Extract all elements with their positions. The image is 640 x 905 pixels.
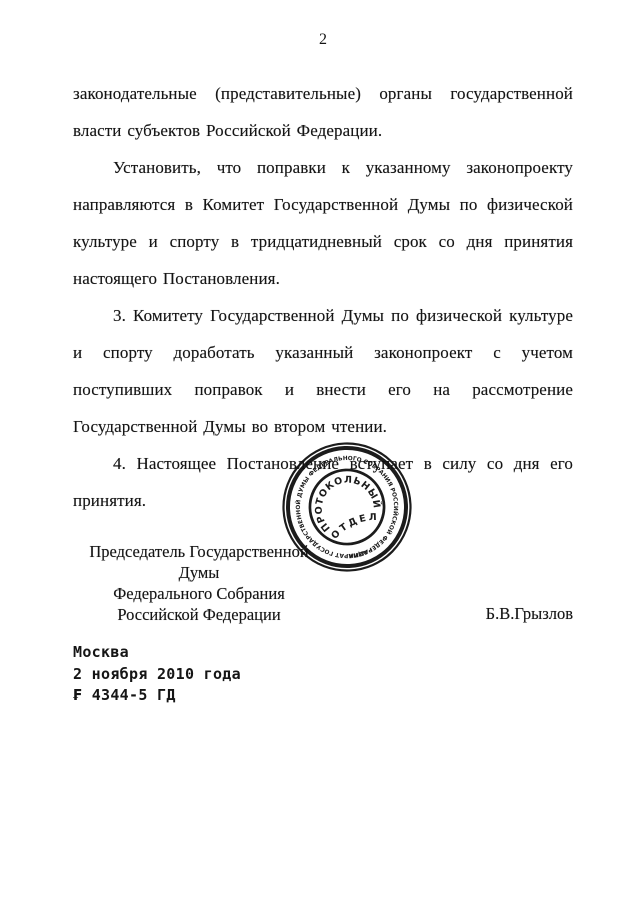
svg-text:ОТДЕЛ: ОТДЕЛ xyxy=(327,506,383,543)
document-page: 2 законодательные (представительные) орг… xyxy=(0,0,640,905)
issuance-city: Москва xyxy=(73,642,573,664)
paragraph-continuation: законодательные (представительные) орган… xyxy=(73,75,573,149)
issuance-date: 2 ноября 2010 года xyxy=(73,664,573,686)
number-sign: ₣ xyxy=(73,686,82,704)
paragraph-item-2: Установить, что поправки к указанному за… xyxy=(73,149,573,297)
document-number: 4344-5 ГД xyxy=(92,686,176,704)
paragraph-item-3: 3. Комитету Государственной Думы по физи… xyxy=(73,297,573,445)
issuance-block: Москва 2 ноября 2010 года ₣ 4344-5 ГД xyxy=(73,642,573,707)
signatory-title-line3: Российской Федерации xyxy=(73,604,325,625)
svg-text:• АППАРАТ ГОСУДАРСТВЕННОЙ ДУМЫ: • АППАРАТ ГОСУДАРСТВЕННОЙ ДУМЫ ФЕДЕРАЛЬН… xyxy=(280,440,415,575)
document-number-line: ₣ 4344-5 ГД xyxy=(73,685,573,707)
page-number: 2 xyxy=(73,32,573,48)
stamp-bold-ring xyxy=(269,429,425,585)
signatory-name: Б.В.Грызлов xyxy=(486,603,573,624)
stamp-rim-text: • АППАРАТ ГОСУДАРСТВЕННОЙ ДУМЫ ФЕДЕРАЛЬН… xyxy=(280,440,415,575)
signatory-title-line2: Федерального Собрания xyxy=(73,583,325,604)
stamp-center-line2: ОТДЕЛ xyxy=(327,506,383,543)
